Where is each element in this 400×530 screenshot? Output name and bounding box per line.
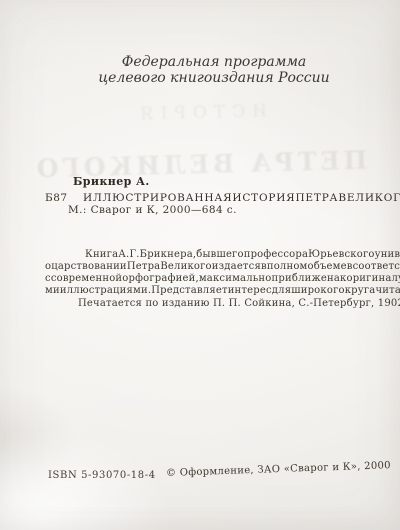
- word: профессора: [244, 249, 308, 261]
- word: Юрьевского: [308, 249, 374, 261]
- copyright-note: © Оформление, ЗАО «Сварог и К», 2000: [166, 460, 391, 479]
- word: для: [272, 285, 291, 297]
- isbn: ISBN 5-93070-18-4: [48, 470, 156, 481]
- federal-program-line1: Федеральная программа: [14, 55, 400, 71]
- word: объеме: [308, 261, 347, 273]
- federal-program-line2: целевого книгоиздания России: [14, 71, 400, 87]
- annotation-line: мииллюстрациями.Представляетинтересдляши…: [45, 285, 392, 297]
- word: Книга: [85, 249, 118, 261]
- catalog-imprint: М.: Сварог и К, 2000—684 с.: [68, 204, 237, 216]
- word: ИЛЛЮСТРИРОВАННАЯ: [83, 192, 232, 204]
- annotation-line: ссовременнойорфографией,максимальноприбл…: [45, 273, 392, 285]
- word: оригиналу,: [346, 273, 400, 285]
- word: Брикнера,: [140, 249, 197, 261]
- catalog-title: ИЛЛЮСТРИРОВАННАЯИСТОРИЯПЕТРАВЕЛИКОГО.: [83, 192, 390, 204]
- reprint-note: Печатается по изданию П. П. Сойкина, С.-…: [78, 298, 392, 310]
- word: университета,: [375, 249, 400, 261]
- word: Г.: [129, 249, 139, 261]
- word: Представляет: [151, 285, 227, 297]
- annotation-line: оцарствованииПетраВеликогоиздаетсявполно…: [45, 261, 392, 273]
- word: Петра: [127, 261, 161, 273]
- word: соответствии: [353, 261, 400, 273]
- word: круга: [345, 285, 376, 297]
- word: Великого: [160, 261, 211, 273]
- word: интерес: [228, 285, 272, 297]
- catalog-code: Б87: [45, 192, 68, 204]
- showthrough-text-line1: ИСТОРІЯ: [0, 98, 400, 128]
- showthrough-text-line2: ПЕТРА ВЕЛИКОГО: [0, 145, 400, 184]
- federal-program-note: Федеральная программа целевого книгоизда…: [14, 55, 400, 86]
- word: царствовании: [51, 261, 127, 273]
- word: максимально: [199, 273, 272, 285]
- word: А.: [118, 249, 129, 261]
- word: читателей.: [375, 285, 400, 297]
- word: ИСТОРИЯ: [232, 192, 295, 204]
- word: ВЕЛИКОГО.: [338, 192, 400, 204]
- word: иллюстрациями.: [60, 285, 151, 297]
- word: современной: [51, 273, 122, 285]
- word: орфографией,: [122, 273, 199, 285]
- author-name: Брикнер А.: [73, 175, 150, 188]
- word: приближена: [272, 273, 341, 285]
- word: издается: [212, 261, 261, 273]
- annotation-line: КнигаА.Г.Брикнера,бывшегопрофессораЮрьев…: [45, 249, 392, 261]
- word: бывшего: [196, 249, 243, 261]
- word: ми: [45, 285, 60, 297]
- word: ПЕТРА: [295, 192, 338, 204]
- book-page: ИСТОРІЯ ПЕТРА ВЕЛИКОГО Федеральная прогр…: [0, 0, 400, 530]
- word: широкого: [291, 285, 345, 297]
- word: полном: [267, 261, 308, 273]
- annotation: КнигаА.Г.Брикнера,бывшегопрофессораЮрьев…: [45, 249, 392, 310]
